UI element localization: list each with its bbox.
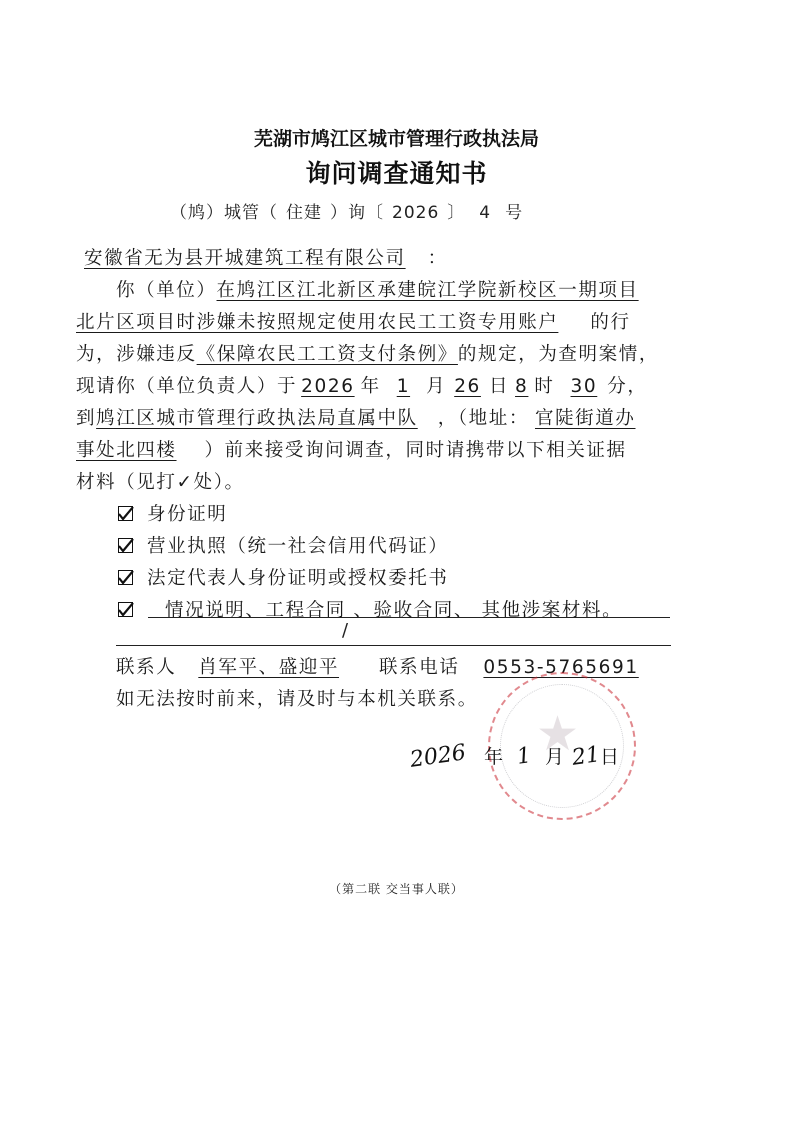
doc-number-value: 4 (479, 203, 491, 223)
location-field: 鸠江区城市管理行政执法局直属中队 (96, 408, 438, 429)
checkbox-checked-icon[interactable] (118, 538, 133, 553)
body-line-6: 事处北四楼）前来接受询问调查，同时请携带以下相关证据 (76, 438, 627, 466)
body-line-2: 北片区项目时涉嫌未按照规定使用农民工工资专用账户的行 (76, 310, 631, 338)
doc-number-mid: ）询〔 (330, 198, 384, 223)
material-label: 身份证明 (147, 504, 227, 525)
signature-year-label: 年 (484, 746, 503, 768)
other-materials-underline (148, 617, 670, 618)
checkbox-checked-icon[interactable] (118, 570, 133, 585)
recipient-colon: ： (428, 248, 448, 269)
recipient-name: 安徽省无为县开城建筑工程有限公司 (84, 248, 406, 269)
extra-blank-line (116, 645, 671, 646)
document-title: 询问调查通知书 (0, 154, 793, 190)
appointment-hour: 8 (515, 376, 528, 397)
year-label: 年 (361, 376, 381, 397)
unit-label: 你（单位） (116, 280, 217, 301)
month-label: 月 (426, 376, 446, 397)
location-lead: 到 (76, 408, 96, 429)
regulation-name: 《保障农民工工资支付条例》 (197, 344, 458, 365)
appointment-minute: 30 (571, 376, 598, 397)
contact-person: 肖军平、盛迎平 (198, 657, 339, 678)
violation-lead: 为，涉嫌违反 (76, 344, 197, 365)
signature-month: 1 (515, 743, 532, 770)
signature-day-label: 日 (600, 746, 619, 768)
appointment-day-field: 26 (446, 376, 489, 397)
doc-number-prefix: （鸠）城管（ (170, 198, 278, 223)
issuing-agency: 芜湖市鸠江区城市管理行政执法局 (0, 124, 793, 151)
checkbox-checked-icon[interactable] (118, 506, 133, 521)
body-line-5-location: 到鸠江区城市管理行政执法局直属中队，（地址：官陡街道办 (76, 406, 636, 434)
copy-designation: （第二联 交当事人联） (0, 880, 793, 897)
line6-tail: ）前来接受询问调查，同时请携带以下相关证据 (205, 440, 627, 461)
appointment-month-field: 1 (381, 376, 426, 397)
contact-person-label: 联系人 (116, 657, 176, 678)
document-number: （鸠）城管（住建）询〔2026〕4号 (170, 198, 523, 223)
violation-tail: 的规定，为查明案情， (458, 344, 659, 365)
doc-number-category: 住建 (286, 198, 322, 223)
body-line-1: 你（单位）在鸠江区江北新区承建皖江学院新校区一期项目 (116, 278, 639, 306)
doc-number-year: 2026 (392, 203, 439, 223)
day-label: 日 (489, 376, 509, 397)
doc-number-suffix: 号 (505, 198, 523, 223)
recipient-name-field: 安徽省无为县开城建筑工程有限公司 (76, 248, 428, 269)
appointment-year: 2026 (301, 376, 354, 397)
material-item-business-license: 营业执照（统一社会信用代码证） (118, 534, 449, 562)
hour-label: 时 (534, 376, 554, 397)
contact-notice: 如无法按时前来，请及时与本机关联系。 (116, 689, 478, 710)
appointment-day: 26 (454, 376, 481, 397)
address-field-part2: 事处北四楼 (76, 440, 205, 461)
appointment-minute-field: 30 (555, 376, 608, 397)
body-line-3: 为，涉嫌违反《保障农民工工资支付条例》的规定，为查明案情， (76, 342, 659, 370)
material-label: 法定代表人身份证明或授权委托书 (147, 568, 449, 589)
appointment-year-field: 2026 (297, 376, 360, 397)
signature-day: 21 (570, 742, 601, 771)
minute-label: 分， (607, 376, 647, 397)
material-item-id-proof: 身份证明 (118, 502, 227, 530)
address-label: ，（地址： (438, 408, 529, 429)
project-description-field: 北片区项目时涉嫌未按照规定使用农民工工资专用账户 (76, 312, 578, 333)
signature-month-label: 月 (545, 746, 564, 768)
appointment-hour-field: 8 (509, 376, 534, 397)
materials-instruction: 材料（见打✓处）。 (76, 472, 245, 493)
appointment-month: 1 (397, 376, 410, 397)
location-name: 鸠江区城市管理行政执法局直属中队 (96, 408, 418, 429)
material-item-other: 情况说明、工程合同 、验收合同、 其他涉案材料。 (118, 598, 622, 626)
signature-date: 2026年1月21日 (410, 742, 619, 769)
address-part2: 事处北四楼 (76, 440, 177, 461)
material-label: 营业执照（统一社会信用代码证） (147, 536, 449, 557)
appointment-lead: 现请你（单位负责人）于 (76, 376, 297, 397)
checkbox-checked-icon[interactable] (118, 602, 133, 617)
body-line-7: 材料（见打✓处）。 (76, 470, 245, 498)
body-line-4-appointment: 现请你（单位负责人）于2026年1月26日8时30分， (76, 374, 647, 402)
signature-year: 2026 (409, 740, 468, 773)
blank-line-mark: / (342, 620, 348, 641)
address-field-part1: 官陡街道办 (529, 408, 636, 429)
recipient-line: 安徽省无为县开城建筑工程有限公司： (76, 246, 448, 274)
line2-tail: 的行 (590, 312, 630, 333)
address-part1: 官陡街道办 (535, 408, 636, 429)
material-item-legal-rep: 法定代表人身份证明或授权委托书 (118, 566, 449, 594)
project-description-part1: 在鸠江区江北新区承建皖江学院新校区一期项目 (217, 280, 639, 301)
contact-person-field: 肖军平、盛迎平 (176, 657, 379, 678)
contact-phone-label: 联系电话 (379, 657, 459, 678)
project-description-part2: 北片区项目时涉嫌未按照规定使用农民工工资专用账户 (76, 312, 558, 333)
notice-document: 芜湖市鸠江区城市管理行政执法局 询问调查通知书 （鸠）城管（住建）询〔2026〕… (0, 0, 793, 1122)
notice-line: 如无法按时前来，请及时与本机关联系。 (116, 687, 478, 715)
doc-number-close: 〕 (447, 198, 465, 223)
